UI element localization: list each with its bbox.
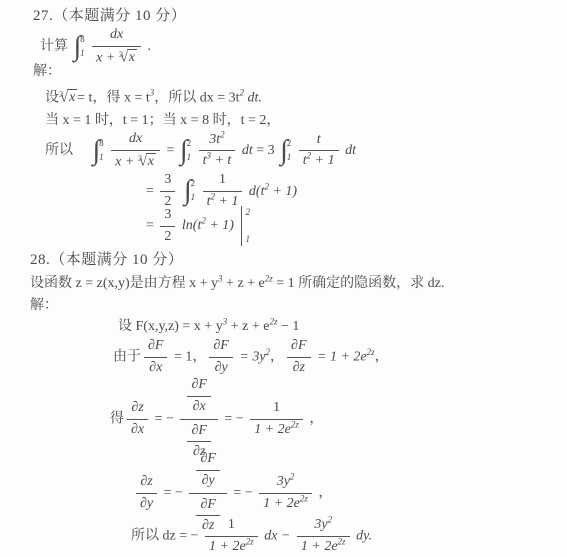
superscript: 2z — [246, 536, 254, 546]
math-text: dy. — [356, 529, 372, 544]
fraction-coefficient: 32 — [160, 207, 175, 246]
fraction-numerator: ∂F — [187, 377, 210, 397]
fraction-numerator: 1 — [203, 172, 243, 192]
math-text: 1 + 2e — [301, 539, 338, 554]
math-text: ， — [318, 485, 332, 500]
math-text: = 3y — [239, 350, 265, 365]
problem-27-header: 27.（本题满分 10 分） — [33, 6, 186, 26]
fraction-numerator: ∂F∂y — [189, 450, 226, 494]
fraction: dx x + 3√x — [111, 131, 160, 171]
cube-root: 3√x — [119, 49, 137, 67]
math-text: = t，得 x = t — [77, 90, 150, 105]
fraction-denominator: x + 3√x — [111, 151, 160, 171]
math-text: 3y — [314, 517, 327, 532]
partial-fraction: ∂F∂y — [209, 338, 232, 377]
partial-fraction: ∂F∂x — [187, 377, 210, 416]
math-text: x + — [96, 50, 119, 65]
math-text: ， — [375, 350, 389, 365]
math-text: d(t2 + 1) — [249, 184, 297, 199]
fraction-numerator: ∂F — [196, 497, 219, 517]
problem-27-prompt: 计算 ∫81 dx x + 3√x . — [40, 27, 151, 67]
math-text: + t — [211, 153, 231, 168]
superscript: 2z — [291, 419, 299, 429]
equals-sign: = − — [233, 485, 252, 500]
integral: ∫21 — [280, 137, 291, 165]
equals-sign: = — [146, 218, 154, 233]
root-argument: x — [67, 89, 77, 106]
integral-limits: 21 — [191, 177, 196, 205]
math-text: ， — [270, 350, 284, 365]
fraction-denominator: ∂x — [127, 420, 148, 439]
fraction-denominator: 1 + 2e2z — [259, 494, 312, 513]
fraction-denominator: ∂y — [209, 358, 232, 377]
solution-line-partials: 由于∂F∂x = 1，∂F∂y = 3y2，∂F∂z = 1 + 2e2z， — [113, 338, 389, 377]
solution-line-define-F: 设 F(x,y,z) = x + y3 + z + e2z − 1 — [118, 318, 299, 337]
superscript: 2 — [328, 514, 333, 524]
partial-fraction: ∂F∂x — [144, 338, 167, 377]
fraction-denominator: ∂x — [187, 397, 210, 416]
fraction-numerator: ∂z — [136, 474, 157, 494]
math-text: dt. — [244, 90, 262, 105]
solution-line-integral-chain: 所以 ∫81 dx x + 3√x = ∫21 3t2 t3 + t dt = … — [45, 131, 356, 171]
integral-limits: 81 — [99, 137, 104, 165]
problem-28-statement: 设函数 z = z(x,y)是由方程 x + y3 + z + e2z = 1 … — [30, 275, 444, 294]
partial-fraction: ∂F∂z — [287, 338, 310, 377]
equals-sign: = − — [155, 411, 174, 426]
equals-sign: = — [146, 184, 154, 199]
superscript: 2 — [220, 129, 225, 139]
fraction-numerator: ∂F — [196, 451, 219, 471]
fraction-numerator: 3t2 — [199, 132, 236, 152]
partial-fraction: ∂z∂y — [136, 474, 157, 513]
integral-limits: 21 — [187, 137, 192, 165]
solution-line-result: = 32 ln(t2 + 1) 21 — [146, 206, 250, 246]
partial-fraction: ∂z∂x — [127, 400, 148, 439]
equals-sign: = − — [224, 411, 243, 426]
superscript: 2z — [367, 347, 375, 357]
integral-lower-limit: 1 — [80, 49, 85, 58]
fraction-numerator: ∂z — [127, 400, 148, 420]
cube-root: 3√x — [138, 153, 156, 171]
math-text: 1 + 2e — [254, 422, 291, 437]
superscript: 2z — [265, 273, 273, 283]
math-text: 设 — [45, 90, 59, 105]
math-text: 1 + 2e — [209, 539, 246, 554]
problem-28-header: 28.（本题满分 10 分） — [30, 250, 183, 270]
fraction-denominator: 2 — [160, 227, 175, 246]
fraction-numerator: t — [299, 132, 339, 152]
fraction-denominator: ∂y — [196, 471, 219, 490]
solution-line-substitution: 设3√x= t，得 x = t3，所以 dx = 3t2 dt. — [45, 89, 262, 108]
differential-open: d(t — [249, 184, 265, 199]
integral-lower-limit: 1 — [187, 153, 192, 162]
math-text: dt — [242, 143, 253, 158]
fraction-numerator: dx — [111, 131, 160, 151]
cube-root: 3√x — [59, 89, 77, 108]
math-text: = 1 + 2e — [317, 350, 367, 365]
fraction-numerator: ∂F — [209, 338, 232, 358]
fraction: 3y2 1 + 2e2z — [259, 474, 312, 513]
math-text: + z + e — [227, 319, 269, 334]
fraction-denominator: ∂y — [136, 494, 157, 513]
math-text: ， — [309, 411, 323, 426]
fraction: 3t2 t3 + t — [199, 132, 236, 171]
root-argument: x — [127, 49, 137, 66]
integral-limits: 21 — [287, 137, 292, 165]
fraction-denominator: t3 + t — [199, 151, 236, 170]
math-text: 设函数 z = z(x,y)是由方程 x + y — [30, 276, 218, 291]
equals-sign: = — [167, 143, 175, 158]
fraction-coefficient: 32 — [160, 172, 175, 211]
fraction-denominator: t2 + 1 — [299, 151, 339, 170]
integral-upper-limit: 8 — [99, 139, 104, 148]
math-text: dt — [345, 143, 356, 158]
fraction-numerator: 1 — [205, 517, 258, 537]
math-text: 得 — [110, 411, 124, 426]
prompt-label: 计算 — [40, 39, 68, 54]
fraction-denominator: 1 + 2e2z — [297, 537, 350, 556]
math-text: 所以 dz = − — [131, 529, 199, 544]
solution-label: 解： — [33, 63, 61, 82]
integral: ∫21 — [180, 137, 191, 165]
superscript: 2z — [300, 493, 308, 503]
differential-close: + 1) — [269, 184, 297, 199]
fraction: 1 t2 + 1 — [203, 172, 243, 211]
fraction-numerator: ∂F — [187, 423, 210, 443]
fraction-numerator: 1 — [250, 400, 303, 420]
evaluation-upper-limit: 2 — [245, 208, 250, 217]
partial-fraction: ∂F∂y — [196, 451, 219, 490]
math-text: + 1 — [311, 153, 334, 168]
log-close: + 1) — [206, 218, 234, 233]
integral-upper-limit: 2 — [191, 179, 196, 188]
solution-line-rewrite: = 32 ∫21 1 t2 + 1 d(t2 + 1) — [146, 172, 297, 211]
equals-sign: = − — [164, 485, 183, 500]
fraction: t t2 + 1 — [299, 132, 339, 171]
math-text: x + — [115, 154, 138, 169]
solution-line-dz-result: 所以 dz = − 1 1 + 2e2z dx − 3y2 1 + 2e2z d… — [131, 517, 372, 556]
math-text: ln(t2 + 1) — [182, 218, 234, 233]
integral-lower-limit: 1 — [287, 153, 292, 162]
integral-lower-limit: 1 — [99, 153, 104, 162]
integral: ∫21 — [184, 177, 195, 205]
math-text: ，所以 dx = 3t — [154, 90, 239, 105]
log-open: ln(t — [182, 218, 201, 233]
math-text: . — [148, 39, 152, 54]
fraction-denominator: ∂x — [144, 358, 167, 377]
fraction-denominator: 1 + 2e2z — [250, 420, 303, 439]
radical-sign: √ — [60, 90, 67, 105]
integral-upper-limit: 8 — [80, 35, 85, 44]
integral-upper-limit: 2 — [287, 139, 292, 148]
solution-label: 解： — [30, 297, 58, 316]
superscript: 2z — [338, 536, 346, 546]
fraction: 3y2 1 + 2e2z — [297, 517, 350, 556]
equals-sign: = 3 — [256, 143, 274, 158]
evaluation-bar: 21 — [241, 206, 250, 246]
fraction-numerator: 3y2 — [297, 517, 350, 537]
integral-lower-limit: 1 — [191, 193, 196, 202]
math-text: + z + e — [223, 276, 265, 291]
fraction-numerator: 3 — [160, 207, 175, 227]
fraction-numerator: ∂F∂x — [180, 376, 217, 420]
fraction-denominator: 1 + 2e2z — [205, 537, 258, 556]
evaluation-lower-limit: 1 — [245, 235, 250, 244]
math-text: = 1， — [174, 350, 206, 365]
fraction: dx x + 3√x — [92, 27, 141, 67]
math-text: 3t — [209, 132, 220, 147]
integral: ∫81 — [74, 33, 85, 61]
evaluation-limits: 21 — [242, 206, 250, 246]
radical-sign: √ — [120, 50, 127, 65]
exam-solution-page: 27.（本题满分 10 分） 计算 ∫81 dx x + 3√x . 解： 设3… — [0, 0, 567, 557]
fraction-denominator: ∂z — [287, 358, 310, 377]
math-text: 3y — [277, 474, 290, 489]
root-argument: x — [146, 153, 156, 170]
math-text: = 1 所确定的隐函数，求 dz. — [273, 276, 445, 291]
integral-upper-limit: 2 — [187, 139, 192, 148]
integral-limits: 81 — [80, 33, 85, 61]
radical-sign: √ — [139, 154, 146, 169]
fraction-numerator: 3y2 — [259, 474, 312, 494]
math-text: 设 F(x,y,z) = x + y — [118, 319, 223, 334]
integral: ∫81 — [93, 137, 104, 165]
math-text: − 1 — [277, 319, 299, 334]
fraction: 1 1 + 2e2z — [250, 400, 303, 439]
fraction-numerator: ∂F — [144, 338, 167, 358]
math-text: 1 + 2e — [263, 496, 300, 511]
fraction-denominator: x + 3√x — [92, 47, 141, 67]
fraction-numerator: ∂F — [287, 338, 310, 358]
math-text: dx − — [264, 529, 294, 544]
math-text: 所以 — [45, 143, 73, 158]
fraction: 1 1 + 2e2z — [205, 517, 258, 556]
math-text: 由于 — [113, 350, 141, 365]
fraction-numerator: dx — [92, 27, 141, 47]
solution-line-bounds: 当 x = 1 时，t = 1；当 x = 8 时，t = 2， — [45, 112, 280, 131]
superscript: 2 — [290, 471, 295, 481]
fraction-numerator: 3 — [160, 172, 175, 192]
